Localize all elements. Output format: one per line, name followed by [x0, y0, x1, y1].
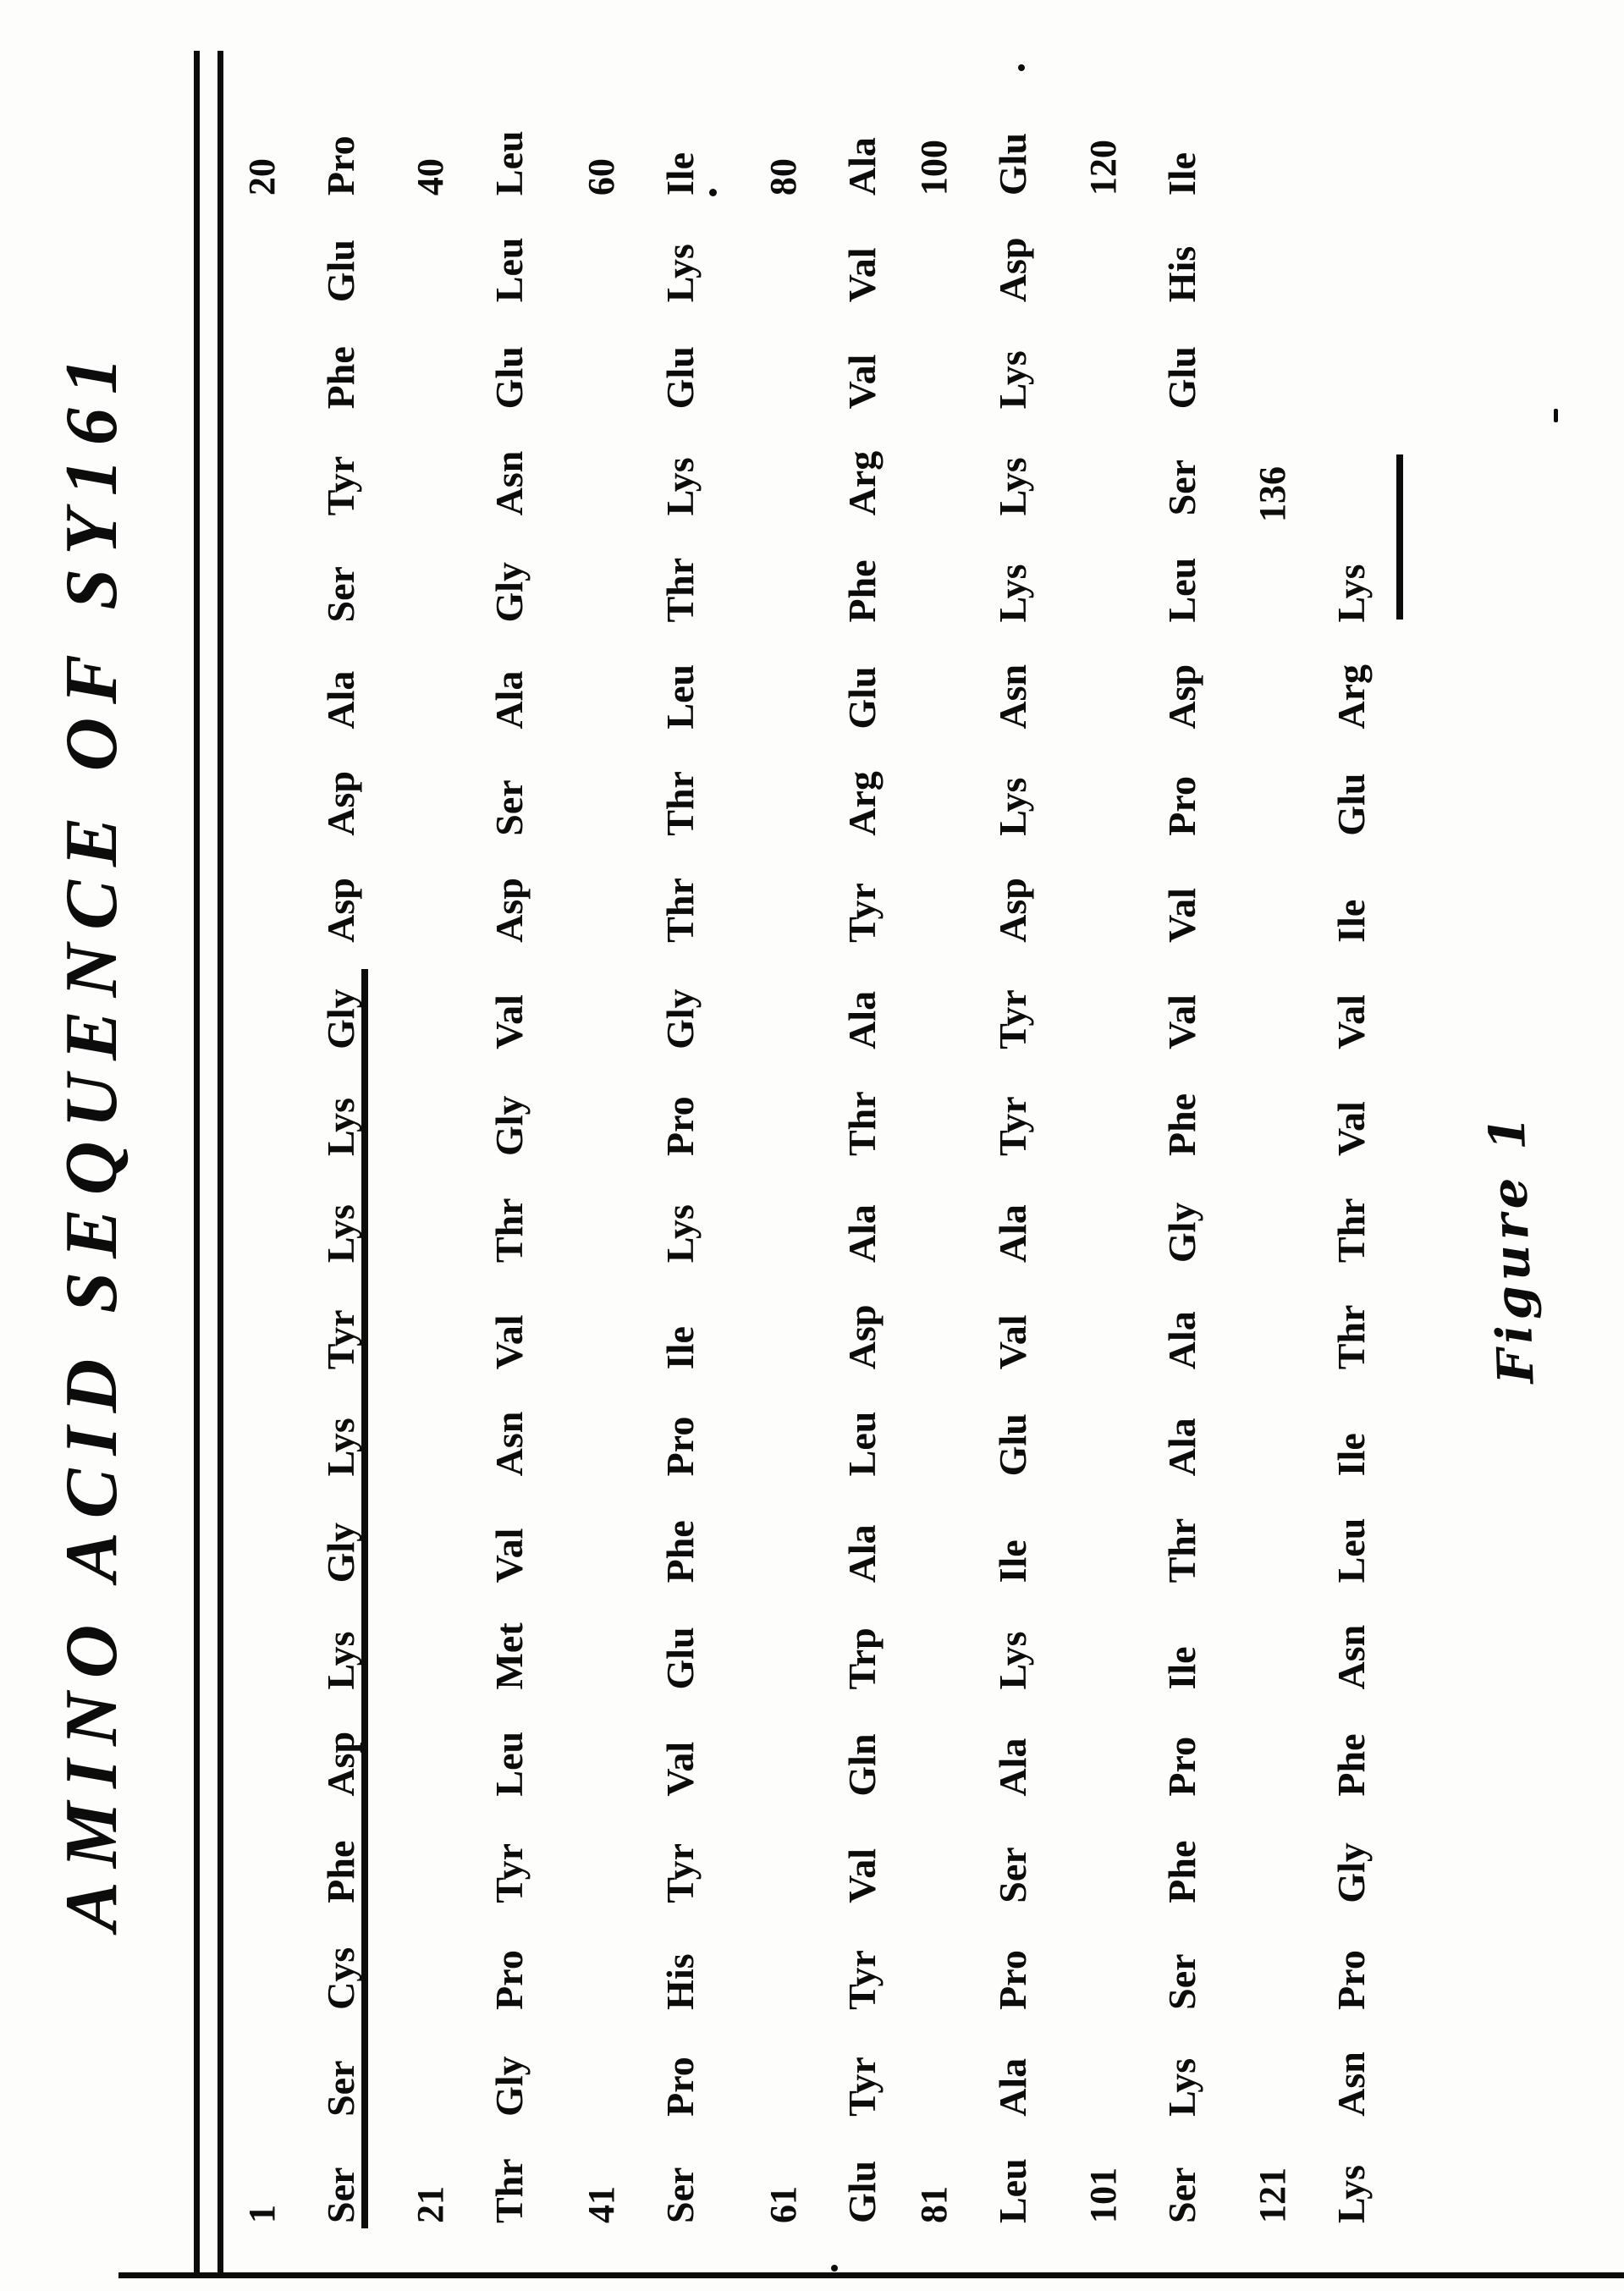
residue-cell: Gly: [318, 989, 363, 1049]
residue-cell: Lys: [318, 1418, 363, 1476]
residue-cell: Ala: [990, 2058, 1035, 2117]
residue-cell: Ala: [840, 1204, 884, 1263]
residue-cell: Thr: [658, 558, 702, 623]
residue-cell: Lys: [990, 1631, 1035, 1689]
scan-speck-icon: [1018, 64, 1025, 71]
residue-cell: Val: [990, 1314, 1035, 1369]
residue-cell: Lys: [1329, 564, 1374, 622]
residue-cell: Phe: [1159, 1841, 1204, 1903]
residue-cell: Tyr: [318, 1310, 363, 1370]
double-rule-top-line: [194, 51, 200, 2278]
residue-cell: Leu: [658, 664, 702, 730]
residue-cell: Ala: [840, 137, 884, 196]
residue-cell: Ile: [1159, 152, 1204, 196]
residue-cell: His: [1159, 246, 1204, 302]
position-number-start: 21: [409, 2186, 452, 2223]
position-number-start: 41: [580, 2186, 623, 2223]
residue-cell: Tyr: [990, 989, 1035, 1049]
residue-cell: Thr: [1329, 1305, 1374, 1370]
residue-cell: Asn: [1329, 1625, 1374, 1690]
residue-cell: Thr: [1159, 1518, 1204, 1583]
residue-cell: Thr: [658, 771, 702, 836]
residue-cell: Pro: [1159, 1737, 1204, 1797]
residue-cell: Val: [840, 247, 884, 302]
scan-speck-icon: [709, 189, 717, 196]
residue-cell: Leu: [1159, 558, 1204, 623]
scanned-sequence-sheet: AMINO ACID SEQUENCE OF SY161 120SerSerCy…: [0, 0, 1624, 2291]
residue-cell: Ser: [487, 779, 531, 835]
residue-cell: Asn: [990, 664, 1035, 730]
residue-cell: Trp: [840, 1627, 884, 1689]
residue-cell: His: [658, 1953, 702, 2009]
residue-cell: Lys: [318, 1204, 363, 1263]
residue-cell: Leu: [487, 1732, 531, 1797]
position-number-end: 100: [912, 140, 955, 196]
residue-cell: Ala: [990, 1738, 1035, 1797]
scan-speck-icon: [1554, 409, 1558, 422]
residue-cell: Asn: [1329, 2051, 1374, 2117]
residue-cell: Lys: [990, 778, 1035, 836]
residue-cell: Tyr: [840, 1950, 884, 2010]
residue-cell: Gln: [840, 1733, 884, 1796]
residue-cell: Glu: [840, 666, 884, 729]
residue-cell: Glu: [318, 240, 363, 302]
residue-cell: Tyr: [487, 1843, 531, 1903]
residue-cell: Arg: [840, 771, 884, 836]
residue-cell: Gly: [487, 1095, 531, 1156]
residue-cell: Leu: [487, 130, 531, 196]
residue-cell: Asn: [487, 1412, 531, 1477]
residue-cell: Phe: [658, 1520, 702, 1583]
residue-cell: Ser: [318, 2060, 363, 2116]
residue-cell: Ser: [318, 2167, 363, 2223]
residue-cell: Ser: [1159, 460, 1204, 515]
position-number-end: 40: [409, 158, 452, 196]
residue-cell: Asp: [990, 237, 1035, 302]
residue-cell: Ile: [1329, 900, 1374, 943]
residue-cell: Val: [840, 1848, 884, 1903]
residue-cell: Glu: [990, 133, 1035, 196]
residue-cell: Lys: [990, 457, 1035, 515]
position-number-end: 60: [580, 158, 623, 196]
residue-cell: Pro: [658, 1417, 702, 1477]
residue-cell: Ile: [658, 152, 702, 196]
residue-cell: Ala: [1159, 1311, 1204, 1369]
position-number-end: 136: [1251, 466, 1294, 522]
residue-cell: Asp: [840, 1304, 884, 1369]
residue-cell: Thr: [1329, 1198, 1374, 1263]
position-number-start: 81: [912, 2186, 955, 2223]
residue-cell: Val: [1159, 994, 1204, 1049]
row1-partial-underline: [361, 969, 368, 2228]
residue-cell: Phe: [840, 559, 884, 622]
residue-cell: Ile: [658, 1326, 702, 1369]
residue-cell: Thr: [658, 878, 702, 943]
residue-cell: Thr: [487, 1198, 531, 1263]
position-number-end: 120: [1082, 140, 1125, 196]
residue-cell: Asp: [318, 1732, 363, 1797]
page-edge-rule: [118, 2272, 1624, 2278]
residue-cell: Glu: [487, 346, 531, 409]
double-rule-bottom-line: [217, 51, 223, 2278]
residue-cell: Asn: [487, 451, 531, 516]
residue-cell: Lys: [1329, 2165, 1374, 2223]
page-title: AMINO ACID SEQUENCE OF SY161: [49, 344, 135, 1931]
residue-cell: Ile: [1329, 1433, 1374, 1476]
residue-cell: Leu: [990, 2158, 1035, 2223]
residue-cell: Val: [840, 355, 884, 410]
residue-cell: Tyr: [658, 1843, 702, 1903]
residue-cell: Lys: [318, 1631, 363, 1689]
residue-cell: Lys: [658, 244, 702, 302]
position-number-start: 121: [1251, 2167, 1294, 2223]
row7-end-underline: [1396, 454, 1403, 620]
residue-cell: Lys: [658, 1204, 702, 1263]
residue-cell: Lys: [990, 350, 1035, 409]
residue-cell: Met: [487, 1622, 531, 1689]
residue-cell: Lys: [990, 564, 1035, 622]
residue-cell: Glu: [990, 1413, 1035, 1476]
residue-cell: Tyr: [840, 2057, 884, 2117]
residue-cell: Asp: [990, 878, 1035, 943]
residue-cell: Pro: [1329, 1950, 1374, 2010]
residue-cell: Ala: [1159, 1418, 1204, 1476]
position-number-start: 101: [1082, 2167, 1125, 2223]
residue-cell: Asp: [487, 878, 531, 943]
residue-cell: Lys: [1159, 2058, 1204, 2117]
residue-cell: Tyr: [318, 456, 363, 516]
residue-cell: Leu: [487, 238, 531, 303]
residue-cell: Phe: [1159, 1093, 1204, 1156]
residue-cell: Ser: [1159, 2167, 1204, 2223]
residue-cell: Pro: [487, 1950, 531, 2010]
residue-cell: Ser: [990, 1847, 1035, 1903]
position-number-end: 20: [240, 158, 284, 196]
residue-cell: Tyr: [990, 1096, 1035, 1156]
residue-cell: Glu: [1329, 774, 1374, 836]
residue-cell: Pro: [658, 1096, 702, 1156]
residue-cell: Ala: [990, 1204, 1035, 1263]
residue-cell: Gly: [658, 989, 702, 1049]
residue-cell: Cys: [318, 1947, 363, 2010]
residue-cell: Val: [1329, 1101, 1374, 1156]
residue-cell: Lys: [658, 457, 702, 515]
position-number-end: 80: [762, 158, 805, 196]
residue-cell: Pro: [990, 1950, 1035, 2010]
residue-cell: Thr: [840, 1091, 884, 1156]
residue-cell: Gly: [487, 562, 531, 623]
residue-cell: Asp: [1159, 664, 1204, 730]
residue-cell: Val: [1329, 994, 1374, 1049]
residue-cell: Val: [1159, 888, 1204, 943]
position-number-start: 61: [762, 2186, 805, 2223]
residue-cell: Gly: [1329, 1842, 1374, 1903]
residue-cell: Glu: [658, 1627, 702, 1689]
residue-cell: Glu: [658, 346, 702, 409]
residue-cell: Phe: [318, 1841, 363, 1903]
residue-cell: Lys: [318, 1098, 363, 1156]
residue-cell: Ala: [840, 991, 884, 1049]
residue-cell: Pro: [658, 2057, 702, 2117]
residue-cell: Glu: [1159, 346, 1204, 409]
residue-cell: Leu: [1329, 1518, 1374, 1583]
residue-cell: Pro: [1159, 776, 1204, 836]
residue-cell: Gly: [487, 2056, 531, 2117]
residue-cell: Val: [487, 994, 531, 1049]
residue-cell: Glu: [840, 2161, 884, 2223]
residue-cell: Ser: [658, 2167, 702, 2223]
residue-cell: Val: [487, 1528, 531, 1583]
residue-cell: Thr: [487, 2158, 531, 2223]
residue-cell: Val: [658, 1742, 702, 1797]
residue-cell: Ile: [990, 1539, 1035, 1583]
residue-cell: Gly: [1159, 1203, 1204, 1264]
residue-cell: Asp: [318, 878, 363, 943]
residue-cell: Tyr: [840, 883, 884, 943]
residue-cell: Phe: [1329, 1734, 1374, 1797]
residue-cell: Leu: [840, 1412, 884, 1477]
residue-cell: Pro: [318, 135, 363, 196]
residue-cell: Arg: [840, 451, 884, 516]
residue-cell: Ser: [318, 566, 363, 622]
residue-cell: Gly: [318, 1523, 363, 1583]
scan-speck-icon: [831, 2265, 838, 2272]
residue-cell: Asp: [318, 771, 363, 836]
residue-cell: Ala: [487, 671, 531, 730]
position-number-start: 1: [240, 2205, 284, 2223]
residue-cell: Ala: [318, 671, 363, 730]
residue-cell: Ile: [1159, 1646, 1204, 1689]
residue-cell: Arg: [1329, 664, 1374, 730]
residue-cell: Phe: [318, 346, 363, 409]
residue-cell: Ala: [840, 1524, 884, 1583]
residue-cell: Val: [487, 1314, 531, 1369]
residue-cell: Ser: [1159, 1953, 1204, 2009]
figure-caption: Figure 1: [1478, 1110, 1544, 1385]
